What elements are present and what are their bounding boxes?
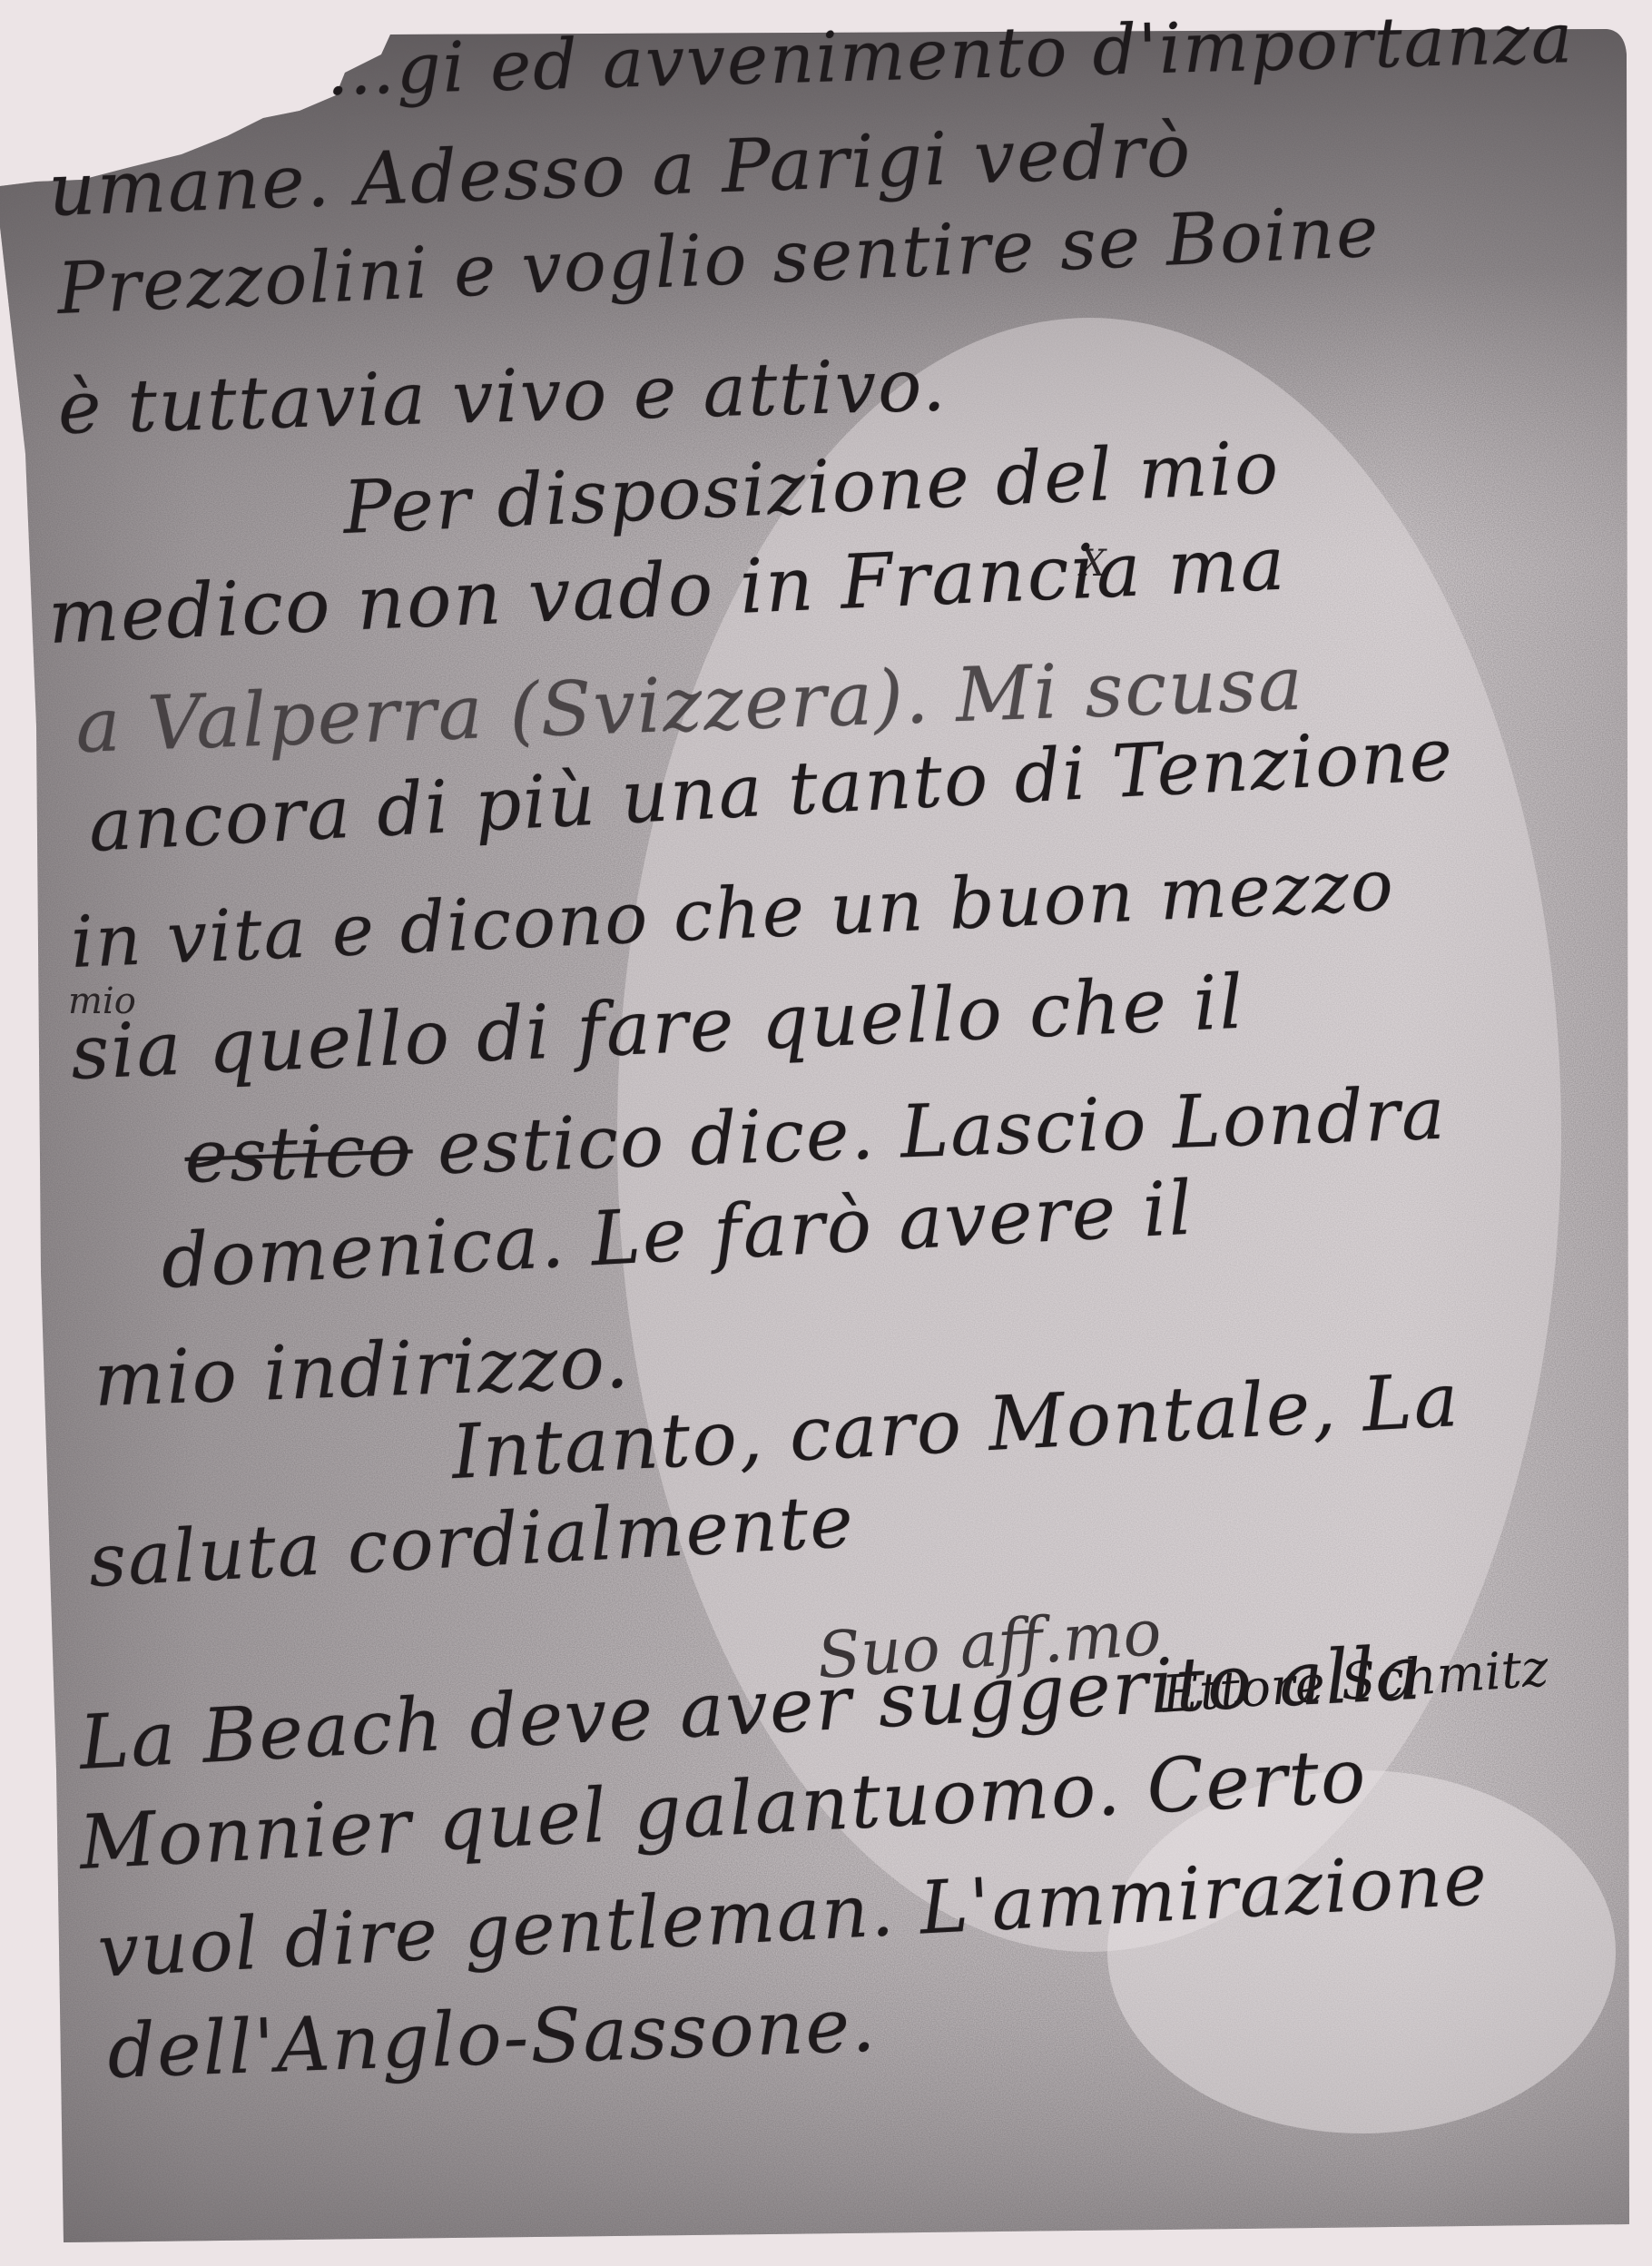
letter-photo: …gi ed avvenimento d'importanza umane. A… <box>0 0 1652 2266</box>
struck-word: estico <box>183 1107 414 1199</box>
letter-line-4: è tuttavia vivo e attivo. <box>57 349 948 445</box>
